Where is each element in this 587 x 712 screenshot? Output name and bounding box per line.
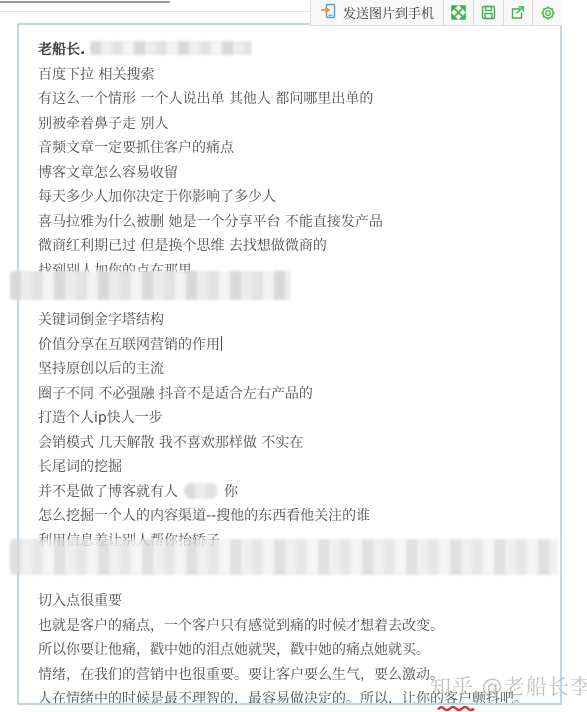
note-line-text: 打造个人ip快人一步: [38, 410, 163, 426]
settings-button[interactable]: [533, 0, 562, 25]
note-line: 微商红利期已过 但是换个思维 去找想做微商的: [38, 234, 550, 259]
note-line-text: 价值分享在互联网营销的作用: [38, 337, 220, 353]
note-line-text: 微商红利期已过 但是换个思维 去找想做微商的: [38, 238, 327, 254]
note-line-text: 每天多少人加你决定于你影响了多少人: [38, 189, 276, 205]
note-line-text: 别被牵着鼻子走 别人: [38, 116, 168, 132]
note-content-box: 老船长.百度下拉 相关搜索有这么一个情形 一个人说出单 其他人 都问哪里出单的别…: [17, 23, 562, 705]
note-line-text: 也就是客户的痛点，一个客户只有感觉到痛的时候才想着去改变。: [38, 618, 444, 634]
watermark: 知乎 @老船长李阳: [430, 671, 587, 701]
image-viewer-toolbar: 发送图片到手机: [310, 0, 562, 26]
text-caret: [221, 336, 222, 351]
note-line: 怎么挖掘一个人的内容渠道--搜他的东西看他关注的谁: [38, 504, 550, 529]
note-line-text: 喜马拉雅为什么被删 她是一个分享平台 不能直接发产品: [38, 214, 383, 230]
save-floppy-icon: [481, 5, 496, 20]
note-line: 音频文章一定要抓住客户的痛点: [38, 136, 550, 161]
phone-with-arrow-icon: [320, 2, 337, 23]
gear-icon: [540, 5, 556, 21]
note-line-text: 老船长.: [38, 42, 85, 58]
note-line: 切入点很重要: [38, 589, 550, 614]
note-line-text: 并不是做了博客就有人: [38, 484, 178, 500]
redaction-blur-title: [90, 41, 252, 55]
window-edge-line-dark: [0, 1, 170, 3]
note-line-text: 切入点很重要: [38, 593, 122, 609]
window-edge-line-light: [0, 11, 314, 12]
share-button[interactable]: [504, 0, 534, 25]
note-line-text: 圈子不同 不必强融 抖音不是适合左右产品的: [38, 386, 313, 402]
note-title-line: 老船长.: [38, 38, 550, 63]
note-line-text: 情绪，在我们的营销中也很重要。要让客户要么生气，要么激动。: [38, 667, 444, 683]
note-line: 所以你要让他痛，戳中她的泪点她就哭，戳中她的痛点她就买。: [38, 638, 550, 663]
fullscreen-expand-icon: [451, 5, 466, 20]
note-line-text: 所以你要让他痛，戳中她的泪点她就哭，戳中她的痛点她就买。: [38, 642, 430, 658]
note-line: 并不是做了博客就有人你: [38, 480, 550, 505]
note-line: 坚持原创以后的主流: [38, 357, 550, 382]
note-line: 关键词倒金字塔结构: [38, 308, 550, 333]
note-line: 打造个人ip快人一步: [38, 406, 550, 431]
note-line: 博客文章怎么容易收留: [38, 161, 550, 186]
note-lines: 老船长.百度下拉 相关搜索有这么一个情形 一个人说出单 其他人 都问哪里出单的别…: [19, 25, 560, 705]
note-line: 百度下拉 相关搜索: [38, 63, 550, 88]
redaction-blur-block-1: [10, 271, 291, 300]
note-line: 长尾词的挖掘: [38, 455, 550, 480]
note-line-text: 音频文章一定要抓住客户的痛点: [38, 140, 234, 156]
note-line: 圈子不同 不必强融 抖音不是适合左右产品的: [38, 382, 550, 407]
note-line-text: 博客文章怎么容易收留: [38, 165, 178, 181]
fullscreen-button[interactable]: [444, 0, 474, 25]
save-button[interactable]: [474, 0, 504, 25]
note-line-text: 你: [224, 484, 238, 500]
send-to-phone-button[interactable]: 发送图片到手机: [311, 0, 444, 25]
note-line: 也就是客户的痛点，一个客户只有感觉到痛的时候才想着去改变。: [38, 614, 550, 639]
send-to-phone-label: 发送图片到手机: [343, 3, 434, 22]
note-line: 别被牵着鼻子走 别人: [38, 112, 550, 137]
note-line: 每天多少人加你决定于你影响了多少人: [38, 185, 550, 210]
note-line: 会销模式 几天解散 我不喜欢那样做 不实在: [38, 431, 550, 456]
note-line: 有这么一个情形 一个人说出单 其他人 都问哪里出单的: [38, 87, 550, 112]
note-line-text: 怎么挖掘一个人的内容渠道--搜他的东西看他关注的谁: [38, 508, 370, 524]
note-line-text: 有这么一个情形 一个人说出单 其他人 都问哪里出单的: [38, 91, 373, 107]
note-line-text: 坚持原创以后的主流: [38, 361, 164, 377]
note-line: 喜马拉雅为什么被删 她是一个分享平台 不能直接发产品: [38, 210, 550, 235]
note-line: 价值分享在互联网营销的作用: [38, 333, 550, 358]
note-line-text: 关键词倒金字塔结构: [38, 312, 164, 328]
redaction-blur-block-2: [10, 539, 558, 575]
note-line-text: 长尾词的挖掘: [38, 459, 122, 475]
note-line-text: 会销模式 几天解散 我不喜欢那样做 不实在: [38, 435, 303, 451]
redaction-blur-inline: [184, 483, 218, 499]
share-arrow-icon: [510, 5, 525, 20]
note-line-text: 百度下拉 相关搜索: [38, 67, 154, 83]
